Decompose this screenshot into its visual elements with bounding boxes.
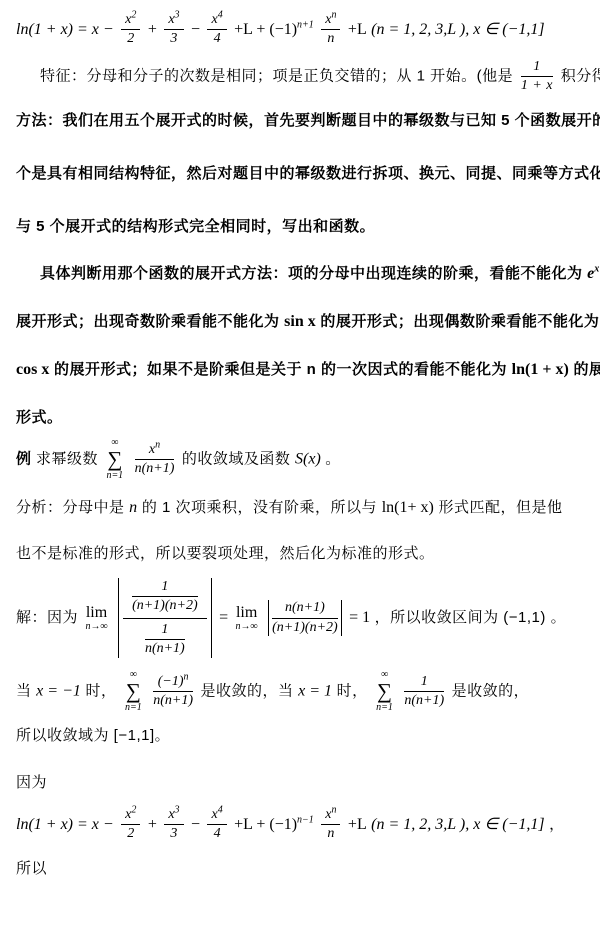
example-line: 例 求幂级数 ∞∑n=1 xnn(n+1) 的收敛域及函数 S(x) 。	[16, 438, 584, 481]
fraction-1-over-nn1: 1n(n+1)	[145, 622, 185, 657]
fraction-1-over-nn1: 1n(n+1)	[404, 674, 444, 709]
numerator: (−1)n	[153, 674, 193, 692]
ln-expansion-formula-bottom: ln(1 + x) = x − x22 + x33 − x44 +L + (−1…	[16, 807, 584, 842]
sum-lower-limit: n=1	[106, 471, 123, 481]
denominator: 3	[164, 825, 183, 842]
example-text-3: 。	[325, 451, 341, 468]
math-ln-1px: ln(1 + x)	[512, 361, 569, 378]
math-sin-x: sin x	[284, 313, 316, 330]
judge-line-1: 具体判断用那个函数的展开式方法：项的分母中出现连续的阶乘，看能不能化为 ex 的	[16, 263, 584, 284]
abs-bar-left	[118, 578, 119, 657]
denominator: n(n+1)	[404, 692, 444, 709]
math-cos-x: cos x	[16, 361, 49, 378]
solution-line: 解：因为 limn→∞ 1(n+1)(n+2)1n(n+1) = limn→∞ …	[16, 578, 584, 657]
abs-bar-left	[268, 600, 269, 635]
numerator: 1	[404, 674, 444, 692]
sign-exponent: n+1	[297, 20, 314, 31]
numerator: x3	[164, 807, 183, 825]
analysis-text-a: 分析：分母中是	[16, 499, 129, 516]
denominator: 1 + x	[521, 77, 553, 94]
feature-text-after: 积分得到)	[561, 68, 600, 85]
endpoint-text-5: 是收敛的，	[452, 682, 530, 699]
math-s-of-x: S(x)	[295, 451, 321, 468]
denominator: n	[321, 825, 340, 842]
judge-line-2: 展开形式；出现奇数阶乘看能不能化为 sin x 的展开形式；出现偶数阶乘看能不能…	[16, 311, 584, 332]
formula-condition: (n = 1, 2, 3,L ), x ∈ (−1,1]	[371, 21, 544, 38]
so-line: 所以	[16, 858, 584, 879]
numerator: x3	[164, 12, 183, 30]
absolute-value-group-2: n(n+1)(n+1)(n+2)	[268, 600, 342, 635]
solution-prefix: 解：因为	[16, 609, 78, 626]
fraction-x2-over-2: x22	[121, 807, 140, 842]
fraction-xn-over-nn1: xnn(n+1)	[135, 442, 175, 477]
summation-symbol: ∞∑n=1	[106, 438, 123, 481]
equals-one: = 1	[349, 609, 370, 626]
numerator: xn	[135, 442, 175, 460]
limit-symbol: limn→∞	[85, 604, 107, 633]
endpoint-text-3: 是收敛的，当	[200, 682, 298, 699]
method-line-2: 个是具有相同结构特征，然后对题目中的幂级数进行拆项、换元、同提、同乘等方式化为	[16, 163, 584, 184]
formula-tail-comma: ，	[549, 816, 565, 833]
sigma-icon: ∑	[377, 681, 392, 702]
plus-operator: +	[148, 816, 157, 833]
stack-denominator: 1n(n+1)	[123, 618, 207, 658]
summation-symbol: ∞∑n=1	[125, 670, 142, 713]
ellipsis-operator: +L	[348, 816, 367, 833]
ln-expansion-formula-top: ln(1 + x) = x − x22 + x33 − x44 +L + (−1…	[16, 10, 584, 47]
denominator: 4	[207, 825, 226, 842]
numerator: xn	[321, 12, 340, 30]
judge-text-2: 展开形式；出现奇数阶乘看能不能化为	[16, 313, 284, 330]
abs-bar-right	[341, 600, 342, 635]
math-x-eq-neg1: x = −1	[36, 682, 81, 699]
feature-text: 特征：分母和分子的次数是相同；项是正负交错的；从 1 开始。(他是	[40, 68, 513, 85]
method-paragraph: 方法：我们在用五个展开式的时候，首先要判断题目中的幂级数与已知 5 个函数展开的…	[16, 110, 584, 237]
fraction-1-over-n1n2: 1(n+1)(n+2)	[132, 579, 198, 614]
math-n: n	[129, 499, 137, 516]
fraction-x3-over-3: x33	[164, 12, 183, 47]
numerator: x2	[121, 12, 140, 30]
judge-text-3b: 的展开	[569, 361, 600, 378]
convergence-domain-line: 所以收敛域为 [−1,1]。	[16, 725, 584, 746]
stack-numerator: 1(n+1)(n+2)	[123, 578, 207, 617]
ellipsis-operator: +L	[348, 21, 367, 38]
because-line: 因为	[16, 772, 584, 793]
sigma-icon: ∑	[126, 681, 141, 702]
denominator: 4	[207, 30, 226, 47]
plus-operator: +	[148, 21, 157, 38]
judge-text-2b: 的展开形式；出现偶数阶乘看能不能化为	[316, 313, 600, 330]
ellipsis-and-sign-term: +L + (−1)	[234, 21, 297, 38]
minus-operator: −	[191, 816, 200, 833]
fraction-xn-over-n: xnn	[321, 12, 340, 47]
endpoint-text-1: 当	[16, 682, 36, 699]
formula-lhs: ln(1 + x) = x −	[16, 21, 114, 38]
fraction-xn-over-n: xnn	[321, 807, 340, 842]
endpoint-text-4: 时，	[332, 682, 368, 699]
fraction-x4-over-4: x44	[207, 12, 226, 47]
denominator: 2	[121, 30, 140, 47]
equals-sign: =	[219, 609, 228, 626]
stacked-fraction: 1(n+1)(n+2)1n(n+1)	[123, 578, 207, 657]
method-line-3: 与 5 个展开式的结构形式完全相同时，写出和函数。	[16, 216, 584, 237]
ellipsis-and-sign-term: +L + (−1)	[234, 816, 297, 833]
minus-operator: −	[191, 21, 200, 38]
limit-symbol-2: limn→∞	[236, 604, 258, 633]
numerator: xn	[321, 807, 340, 825]
math-x-eq-1: x = 1	[298, 682, 332, 699]
formula-lhs: ln(1 + x) = x −	[16, 816, 114, 833]
document-page: ln(1 + x) = x − x22 + x33 − x44 +L + (−1…	[0, 0, 600, 939]
judge-line-4: 形式。	[16, 407, 584, 428]
analysis-line-1: 分析：分母中是 n 的 1 次项乘积，没有阶乘，所以与 ln(1+ x) 形式匹…	[16, 497, 584, 518]
sign-exponent: n−1	[297, 814, 314, 825]
example-text-1: 求幂级数	[36, 451, 98, 468]
denominator: n	[321, 30, 340, 47]
example-text-2: 的收敛域及函数	[182, 451, 295, 468]
denominator: n(n+1)	[153, 692, 193, 709]
numerator: 1	[521, 59, 553, 77]
fraction-1-over-1px: 11 + x	[521, 59, 553, 94]
fraction-x3-over-3: x33	[164, 807, 183, 842]
sigma-icon: ∑	[107, 449, 122, 470]
method-line-1: 方法：我们在用五个展开式的时候，首先要判断题目中的幂级数与已知 5 个函数展开的…	[16, 110, 584, 131]
absolute-value-group: 1(n+1)(n+2)1n(n+1)	[118, 578, 212, 657]
numerator: x4	[207, 12, 226, 30]
analysis-line-2: 也不是标准的形式，所以要裂项处理，然后化为标准的形式。	[16, 543, 584, 564]
formula-condition: (n = 1, 2, 3,L ), x ∈ (−1,1]	[371, 816, 544, 833]
endpoint-text-2: 时，	[81, 682, 117, 699]
summation-symbol: ∞∑n=1	[376, 670, 393, 713]
fraction-nn1-over-n1n2: n(n+1)(n+1)(n+2)	[272, 600, 338, 635]
example-label: 例	[16, 451, 32, 468]
numerator: x4	[207, 807, 226, 825]
denominator: 3	[164, 30, 183, 47]
denominator: 2	[121, 825, 140, 842]
judge-paragraph: 具体判断用那个函数的展开式方法：项的分母中出现连续的阶乘，看能不能化为 ex 的…	[16, 263, 584, 428]
fraction-x2-over-2: x22	[121, 12, 140, 47]
judge-text-1: 具体判断用那个函数的展开式方法：项的分母中出现连续的阶乘，看能不能化为	[40, 265, 587, 282]
fraction-x4-over-4: x44	[207, 807, 226, 842]
judge-line-3: cos x 的展开形式；如果不是阶乘但是关于 n 的一次因式的看能不能化为 ln…	[16, 359, 584, 380]
math-e-to-x: ex	[587, 265, 599, 282]
fraction-neg1n-over-nn1: (−1)nn(n+1)	[153, 674, 193, 709]
solution-suffix: ，所以收敛区间为 (−1,1) 。	[375, 609, 566, 626]
judge-text-3: 的展开形式；如果不是阶乘但是关于 n 的一次因式的看能不能化为	[49, 361, 511, 378]
denominator: n(n+1)	[135, 460, 175, 477]
analysis-text-c: 形式匹配，但是他	[434, 499, 563, 516]
abs-bar-right	[211, 578, 212, 657]
feature-note-line: 特征：分母和分子的次数是相同；项是正负交错的；从 1 开始。(他是 11 + x…	[16, 59, 584, 94]
analysis-paragraph: 分析：分母中是 n 的 1 次项乘积，没有阶乘，所以与 ln(1+ x) 形式匹…	[16, 497, 584, 564]
endpoints-line: 当 x = −1 时， ∞∑n=1 (−1)nn(n+1) 是收敛的，当 x =…	[16, 670, 584, 713]
numerator: x2	[121, 807, 140, 825]
math-ln-1px: ln(1+ x)	[382, 499, 434, 516]
analysis-text-b: 的 1 次项乘积，没有阶乘，所以与	[137, 499, 382, 516]
